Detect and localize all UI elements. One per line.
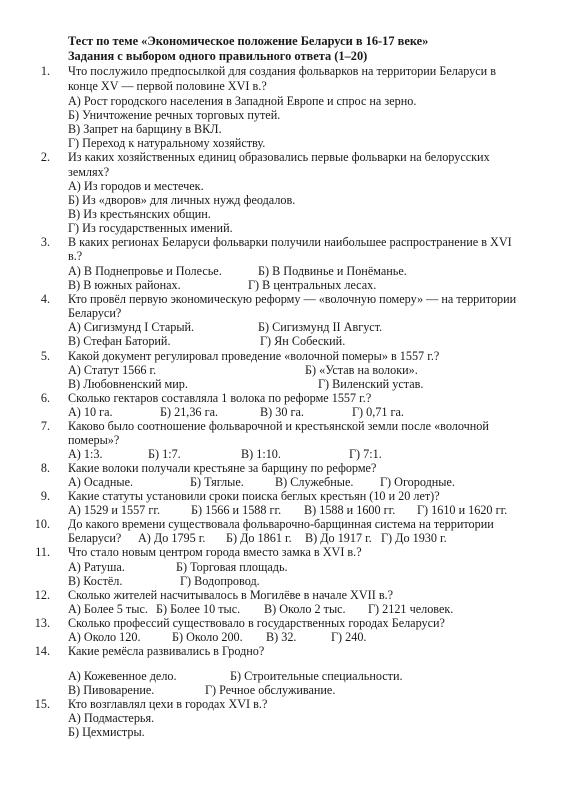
- answer-option: А) Из городов и местечек.: [68, 179, 204, 194]
- answer-option: Г) Речное обслуживание.: [205, 683, 335, 698]
- question-text: конце XV — первой половине XVI в.?: [68, 79, 267, 94]
- question-text: Кто возглавлял цехи в городах XVI в.?: [68, 697, 267, 712]
- question-text: землях?: [68, 165, 109, 180]
- question-text: Какие статуты установили сроки поиска бе…: [68, 489, 440, 504]
- answer-option: Б) Из «дворов» для личных нужд феодалов.: [68, 193, 295, 208]
- question-text: померы»?: [68, 433, 119, 448]
- answer-option: Г) В центральных лесах.: [248, 278, 376, 293]
- question-number: 13.: [30, 616, 50, 631]
- answer-option: В) 1:10.: [241, 447, 281, 462]
- question-text: Сколько жителей насчитывалось в Могилёве…: [68, 588, 393, 603]
- question-text: Беларуси?: [68, 306, 121, 321]
- answer-option: Г) Виленский устав.: [318, 377, 423, 392]
- test-title: Тест по теме «Экономическое положение Бе…: [68, 34, 428, 49]
- answer-option: Б) Более 10 тыс.: [156, 602, 240, 617]
- question-text: Сколько гектаров составляла 1 волока по …: [68, 391, 371, 406]
- answer-option: А) Сигизмунд I Старый.: [68, 320, 194, 335]
- question-text: Беларуси?: [68, 531, 121, 546]
- question-number: 2.: [30, 150, 50, 165]
- question-text: В каких регионах Беларуси фольварки полу…: [68, 235, 512, 250]
- question-text: Кто провёл первую экономическую реформу …: [68, 292, 516, 307]
- answer-option: Б) 1:7.: [148, 447, 181, 462]
- answer-option: Б) Торговая площадь.: [176, 560, 288, 575]
- question-number: 11.: [30, 545, 50, 560]
- question-text: Из каких хозяйственных единиц образовали…: [68, 150, 490, 165]
- question-number: 1.: [30, 64, 50, 79]
- answer-option: В) В южных районах.: [68, 278, 181, 293]
- answer-option: Г) Переход к натуральному хозяйству.: [68, 136, 265, 151]
- answer-option: Г) 240.: [331, 630, 366, 645]
- answer-option: В) 1588 и 1600 гг.: [304, 503, 395, 518]
- answer-option: В) 32.: [266, 630, 296, 645]
- answer-option: Б) До 1861 г.: [226, 531, 292, 546]
- answer-option: Б) 21,36 га.: [160, 405, 218, 420]
- answer-option: Г) 1610 и 1620 гг.: [417, 503, 507, 518]
- answer-option: Г) Ян Собеский.: [260, 334, 345, 349]
- question-number: 15.: [30, 697, 50, 712]
- question-number: 8.: [30, 461, 50, 476]
- question-number: 5.: [30, 349, 50, 364]
- answer-option: Г) 0,71 га.: [352, 405, 404, 420]
- answer-option: А) Кожевенное дело.: [68, 669, 177, 684]
- answer-option: В) Около 2 тыс.: [264, 602, 346, 617]
- answer-option: А) До 1795 г.: [138, 531, 205, 546]
- answer-option: А) 1:3.: [68, 447, 103, 462]
- section-subtitle: Задания с выбором одного правильного отв…: [68, 49, 367, 64]
- answer-option: В) Запрет на барщину в ВКЛ.: [68, 122, 222, 137]
- answer-option: А) В Поднепровье и Полесье.: [68, 264, 222, 279]
- answer-option: Б) Цехмистры.: [68, 725, 145, 740]
- answer-option: В) До 1917 г.: [305, 531, 372, 546]
- answer-option: Г) 7:1.: [349, 447, 382, 462]
- answer-option: Г) Из государственных имений.: [68, 221, 233, 236]
- question-number: 14.: [30, 644, 50, 659]
- question-number: 10.: [30, 517, 50, 532]
- answer-option: Г) До 1930 г.: [381, 531, 447, 546]
- question-text: Каково было соотношение фольварочной и к…: [68, 419, 489, 434]
- question-text: в.?: [68, 249, 82, 264]
- question-number: 3.: [30, 235, 50, 250]
- answer-option: Б) Уничтожение речных торговых путей.: [68, 108, 280, 123]
- answer-option: А) Подмастерья.: [68, 711, 154, 726]
- answer-option: Б) Около 200.: [172, 630, 243, 645]
- answer-option: В) Служебные.: [275, 475, 353, 490]
- question-number: 7.: [30, 419, 50, 434]
- answer-option: А) Более 5 тыс.: [68, 602, 148, 617]
- question-number: 6.: [30, 391, 50, 406]
- answer-option: Г) Огородные.: [380, 475, 455, 490]
- question-number: 9.: [30, 489, 50, 504]
- answer-option: Б) Строительные специальности.: [230, 669, 403, 684]
- question-text: Какие волоки получали крестьяне за барщи…: [68, 461, 376, 476]
- answer-option: Б) «Устав на волоки».: [305, 363, 418, 378]
- question-text: Какие ремёсла развивались в Гродно?: [68, 644, 264, 659]
- question-text: До какого времени существовала фольвароч…: [68, 517, 494, 532]
- question-text: Какой документ регулировал проведение «в…: [68, 349, 439, 364]
- answer-option: В) Пивоварение.: [68, 683, 154, 698]
- answer-option: А) Осадные.: [68, 475, 133, 490]
- answer-option: А) Ратуша.: [68, 560, 125, 575]
- answer-option: Г) Водопровод.: [180, 574, 260, 589]
- answer-option: Б) В Подвинье и Понёманье.: [258, 264, 407, 279]
- answer-option: Г) 2121 человек.: [368, 602, 453, 617]
- answer-option: В) Любовненский мир.: [68, 377, 188, 392]
- answer-option: А) Статут 1566 г.: [68, 363, 156, 378]
- answer-option: А) Около 120.: [68, 630, 141, 645]
- question-number: 12.: [30, 588, 50, 603]
- answer-option: А) 10 га.: [68, 405, 113, 420]
- answer-option: В) Стефан Баторий.: [68, 334, 171, 349]
- answer-option: В) Костёл.: [68, 574, 122, 589]
- answer-option: В) Из крестьянских общин.: [68, 207, 211, 222]
- answer-option: А) 1529 и 1557 гг.: [68, 503, 160, 518]
- answer-option: Б) Сигизмунд II Август.: [258, 320, 382, 335]
- answer-option: Б) 1566 и 1588 гг.: [191, 503, 281, 518]
- question-text: Сколько профессий существовало в государ…: [68, 616, 445, 631]
- question-text: Что стало новым центром города вместо за…: [68, 545, 362, 560]
- answer-option: Б) Тяглые.: [190, 475, 244, 490]
- question-text: Что послужило предпосылкой для создания …: [68, 64, 496, 79]
- answer-option: А) Рост городского населения в Западной …: [68, 94, 416, 109]
- answer-option: В) 30 га.: [260, 405, 304, 420]
- question-number: 4.: [30, 292, 50, 307]
